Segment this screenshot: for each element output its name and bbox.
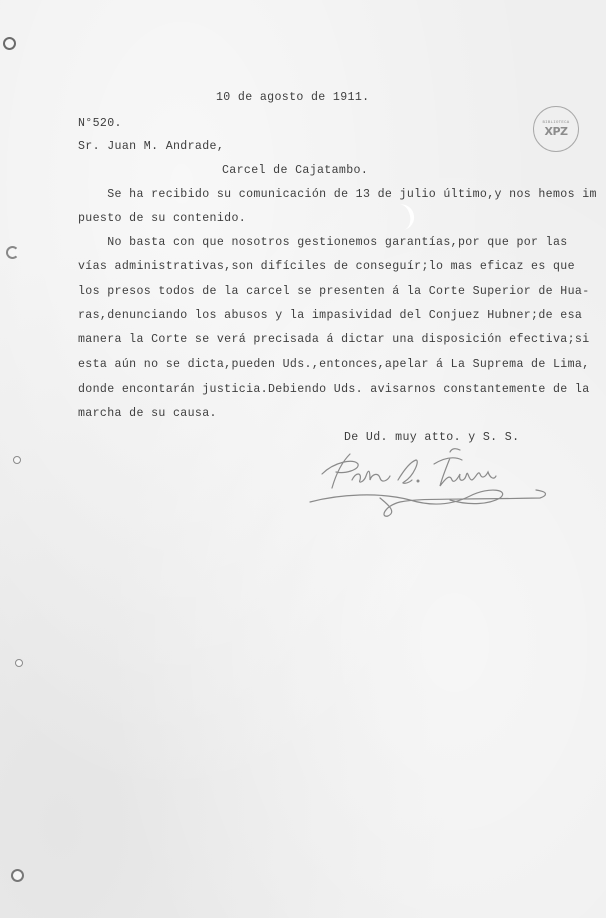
punch-hole-icon <box>11 869 24 882</box>
paragraph-1-line: Se ha recibido su comunicación de 13 de … <box>78 188 597 202</box>
punch-hole-icon <box>13 456 21 464</box>
punch-hole-icon <box>3 37 16 50</box>
paragraph-2-line: esta aún no se dicta,pueden Uds.,entonce… <box>78 358 590 372</box>
recipient-location: Carcel de Cajatambo. <box>222 164 368 178</box>
paragraph-1-line: puesto de su contenido. <box>78 212 246 226</box>
paragraph-2-line: ras,denunciando los abusos y la impasivi… <box>78 309 582 323</box>
reference-number: N°520. <box>78 117 122 131</box>
paragraph-2-line: los presos todos de la carcel se present… <box>78 285 590 299</box>
paragraph-2-line: No basta con que nosotros gestionemos ga… <box>78 236 568 250</box>
stamp-monogram: XPZ <box>544 126 567 137</box>
paragraph-2-line: donde encontarán justicia.Debiendo Uds. … <box>78 383 590 397</box>
punch-hole-icon <box>15 659 23 667</box>
recipient-name: Sr. Juan M. Andrade, <box>78 140 224 154</box>
letter-page: BIBLIOTECA XPZ 10 de agosto de 1911. N°5… <box>0 0 606 918</box>
paragraph-2-line: vías administrativas,son difíciles de co… <box>78 260 575 274</box>
archive-stamp-icon: BIBLIOTECA XPZ <box>533 106 579 152</box>
letter-date: 10 de agosto de 1911. <box>216 91 369 105</box>
paper-tear-mark <box>397 202 416 230</box>
punch-hole-icon <box>6 246 19 259</box>
paragraph-2-line: marcha de su causa. <box>78 407 217 421</box>
signature-icon <box>300 440 570 520</box>
paragraph-2-line: manera la Corte se verá precisada á dict… <box>78 333 590 347</box>
